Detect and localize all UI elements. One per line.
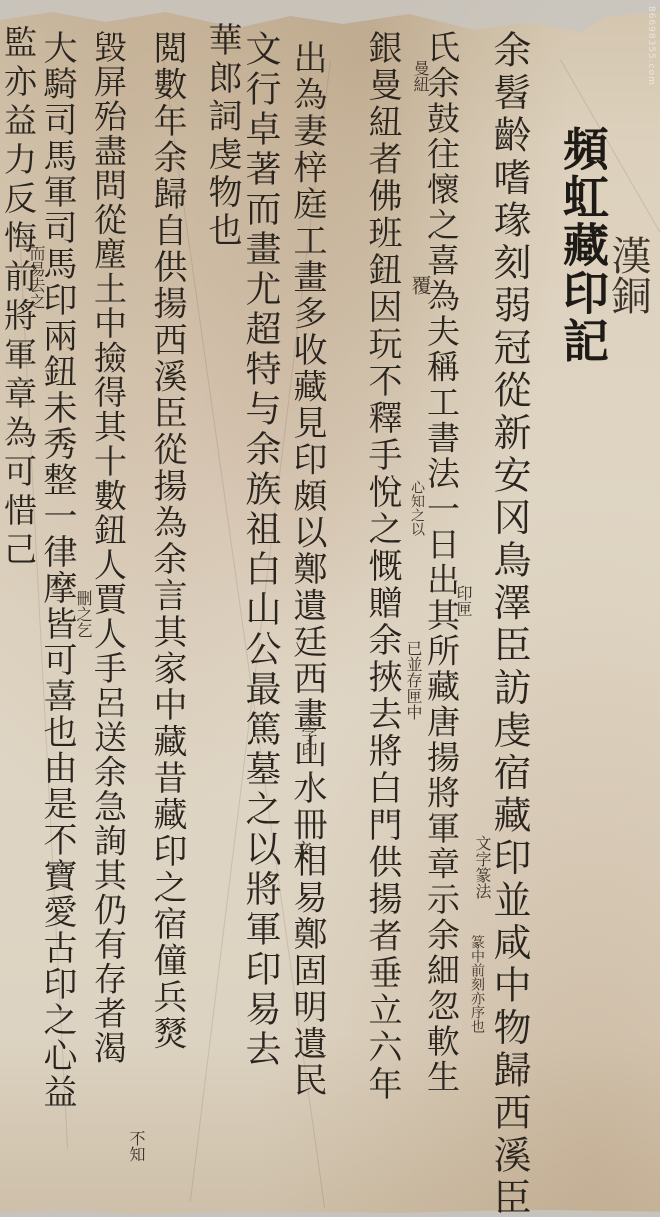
text-column-3: 銀曼紐者佛班鈕因玩不釋手悅之慨贈余挾去將白門供揚者垂立六年 — [365, 30, 399, 1103]
watermark: 86698355.com — [646, 6, 656, 86]
annotation: 不知 — [128, 1130, 144, 1162]
torn-bottom-edge — [0, 1205, 660, 1217]
annotation: 覆 — [410, 275, 430, 295]
annotation: 已並存匣中 — [405, 640, 421, 720]
annotation: 而易去之 — [28, 245, 44, 309]
manuscript-page: 86698355.com 頻虹藏印記 漢銅 余髫齡嗜瑑刻弱冠從新安冈鳥澤臣訪虔宿… — [0, 0, 660, 1217]
annotation: 文字篆法 — [474, 835, 490, 899]
text-column-9: 大騎司馬軍司馬印兩鈕未秀整一律摩皆可喜也由是不寶愛古印之心益 — [40, 30, 74, 1110]
annotation: 大字印 — [300, 710, 316, 758]
annotation: 刪之乞 — [75, 590, 91, 638]
text-column-6: 華郎詞虔物也 — [205, 22, 239, 250]
subtitle: 漢銅 — [608, 235, 648, 315]
annotation: 心知之以 — [410, 480, 424, 536]
text-column-8: 毀屏殆盡問從塵土中撿得其十數鈕人賈人手呂送余急詢其仍有存者渴 — [92, 30, 125, 1065]
text-column-7: 閲數年余歸自供揚西溪臣從揚為余言其家中藏昔藏印之宿僮兵燹 — [150, 30, 184, 1052]
text-column-5: 文行卓著而畫尤超特与余族祖白山公最篤墓之以將軍印易去 — [242, 30, 278, 1070]
annotation: 辛 — [292, 840, 312, 860]
text-column-4: 出為妻梓庭工畫多收藏見印頗以鄭遺廷西畫山水冊相易鄭固明遺民 — [290, 40, 324, 1099]
text-column-2: 氏余鼓往懷之喜為夫稱工書法一日出其所藏唐揚將軍章示余細忽軟生 — [425, 30, 458, 1095]
annotation: 印匣 — [455, 585, 471, 617]
text-column-1: 余髫齡嗜瑑刻弱冠從新安冈鳥澤臣訪虔宿藏印並咸中物歸西溪臣 — [490, 30, 528, 1217]
annotation: 篆中前刻亦序也 — [470, 935, 484, 1033]
annotation: 曼紐 — [412, 60, 428, 92]
title: 頻虹藏印記 — [560, 125, 606, 365]
